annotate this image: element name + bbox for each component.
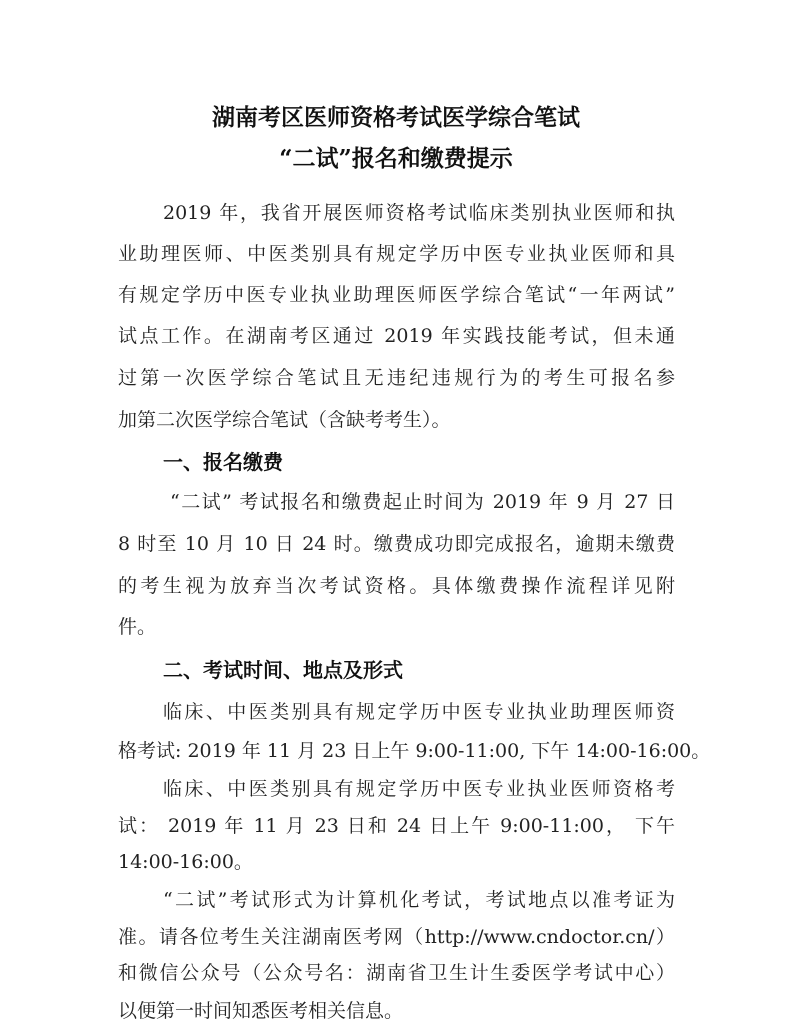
paragraph-line: 8 时至 10 月 10 日 24 时。缴费成功即完成报名，逾期未缴费 [118, 532, 675, 556]
paragraph-line: 加第二次医学综合笔试（含缺考考生）。 [118, 408, 675, 432]
paragraph-line: 的考生视为放弃当次考试资格。具体缴费操作流程详见附 [118, 574, 675, 598]
paragraph-line: “二试”考试形式为计算机化考试，考试地点以准考证为 [163, 888, 675, 912]
paragraph-line: 2019 年，我省开展医师资格考试临床类别执业医师和执 [163, 201, 675, 225]
section-heading-registration: 一、报名缴费 [163, 449, 283, 475]
paragraph-line: 试： 2019 年 11 月 23 日和 24 日上午 9:00-11:00， … [118, 814, 675, 838]
document-page: 湖南考区医师资格考试医学综合笔试 “二试”报名和缴费提示 2019 年，我省开展… [0, 0, 792, 1032]
paragraph-line-with-website-link: 准。请各位考生关注湖南医考网（http://www.cndoctor.cn/） [118, 925, 675, 949]
paragraph-line: 试点工作。在湖南考区通过 2019 年实践技能考试，但未通 [118, 324, 675, 348]
section-heading-exam-time-place: 二、考试时间、地点及形式 [163, 657, 403, 683]
paragraph-line: “二试” 考试报名和缴费起止时间为 2019 年 9 月 27 日 [170, 490, 675, 514]
paragraph-line: 临床、中医类别具有规定学历中医专业执业助理医师资 [163, 700, 675, 724]
paragraph-line: 临床、中医类别具有规定学历中医专业执业医师资格考 [163, 777, 675, 801]
paragraph-line: 件。 [118, 615, 675, 639]
paragraph-line-with-wechat-account: 和微信公众号（公众号名：湖南省卫生计生委医学考试中心） [118, 961, 675, 985]
paragraph-line: 过第一次医学综合笔试且无违纪违规行为的考生可报名参 [118, 366, 675, 390]
document-title-line2: “二试”报名和缴费提示 [0, 145, 792, 173]
paragraph-line: 格考试: 2019 年 11 月 23 日上午 9:00-11:00, 下午 1… [118, 739, 675, 763]
paragraph-line: 有规定学历中医专业执业助理医师医学综合笔试“一年两试” [118, 283, 675, 307]
paragraph-line: 以便第一时间知悉医考相关信息。 [118, 999, 675, 1023]
document-title-line1: 湖南考区医师资格考试医学综合笔试 [0, 104, 792, 132]
paragraph-line: 14:00-16:00。 [118, 850, 675, 874]
paragraph-line: 业助理医师、中医类别具有规定学历中医专业执业医师和具 [118, 242, 675, 266]
